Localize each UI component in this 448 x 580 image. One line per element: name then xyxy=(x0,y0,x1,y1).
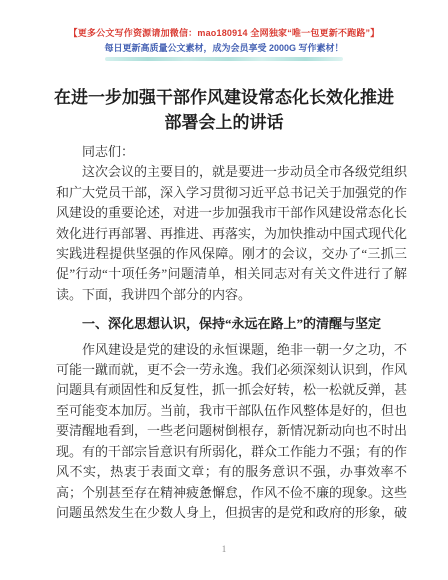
promo-header: 【更多公文写作资源请加微信：mao180914 全网独家“唯一包更新不跑路”】 … xyxy=(0,0,448,61)
document-page: 【更多公文写作资源请加微信：mao180914 全网独家“唯一包更新不跑路”】 … xyxy=(0,0,448,580)
section-heading-1: 一、深化思想认识，保持“永远在路上”的清醒与坚定 xyxy=(56,314,407,334)
salutation: 同志们： xyxy=(56,142,407,162)
paragraph-section-1: 作风建设是党的建设的永恒课题，绝非一朝一夕之功，不可能一蹴而就，更不会一劳永逸。… xyxy=(56,340,407,524)
paragraph-intro: 这次会议的主要目的，就是要进一步动员全市各级党组织和广大党员干部，深入学习贯彻习… xyxy=(56,162,407,305)
promo-line-red: 【更多公文写作资源请加微信：mao180914 全网独家“唯一包更新不跑路”】 xyxy=(0,27,448,39)
title-line-2: 部署会上的讲话 xyxy=(38,110,410,135)
promo-line-blue: 每日更新高质量公文素材，成为会员享受 2000G 写作素材！ xyxy=(0,42,448,54)
document-body: 同志们： 这次会议的主要目的，就是要进一步动员全市各级党组织和广大党员干部，深入… xyxy=(0,135,448,523)
document-title: 在进一步加强干部作风建设常态化长效化推进 部署会上的讲话 xyxy=(38,85,410,135)
page-number: 1 xyxy=(0,544,448,554)
title-line-1: 在进一步加强干部作风建设常态化长效化推进 xyxy=(38,85,410,110)
watermark-highlight xyxy=(105,57,343,61)
